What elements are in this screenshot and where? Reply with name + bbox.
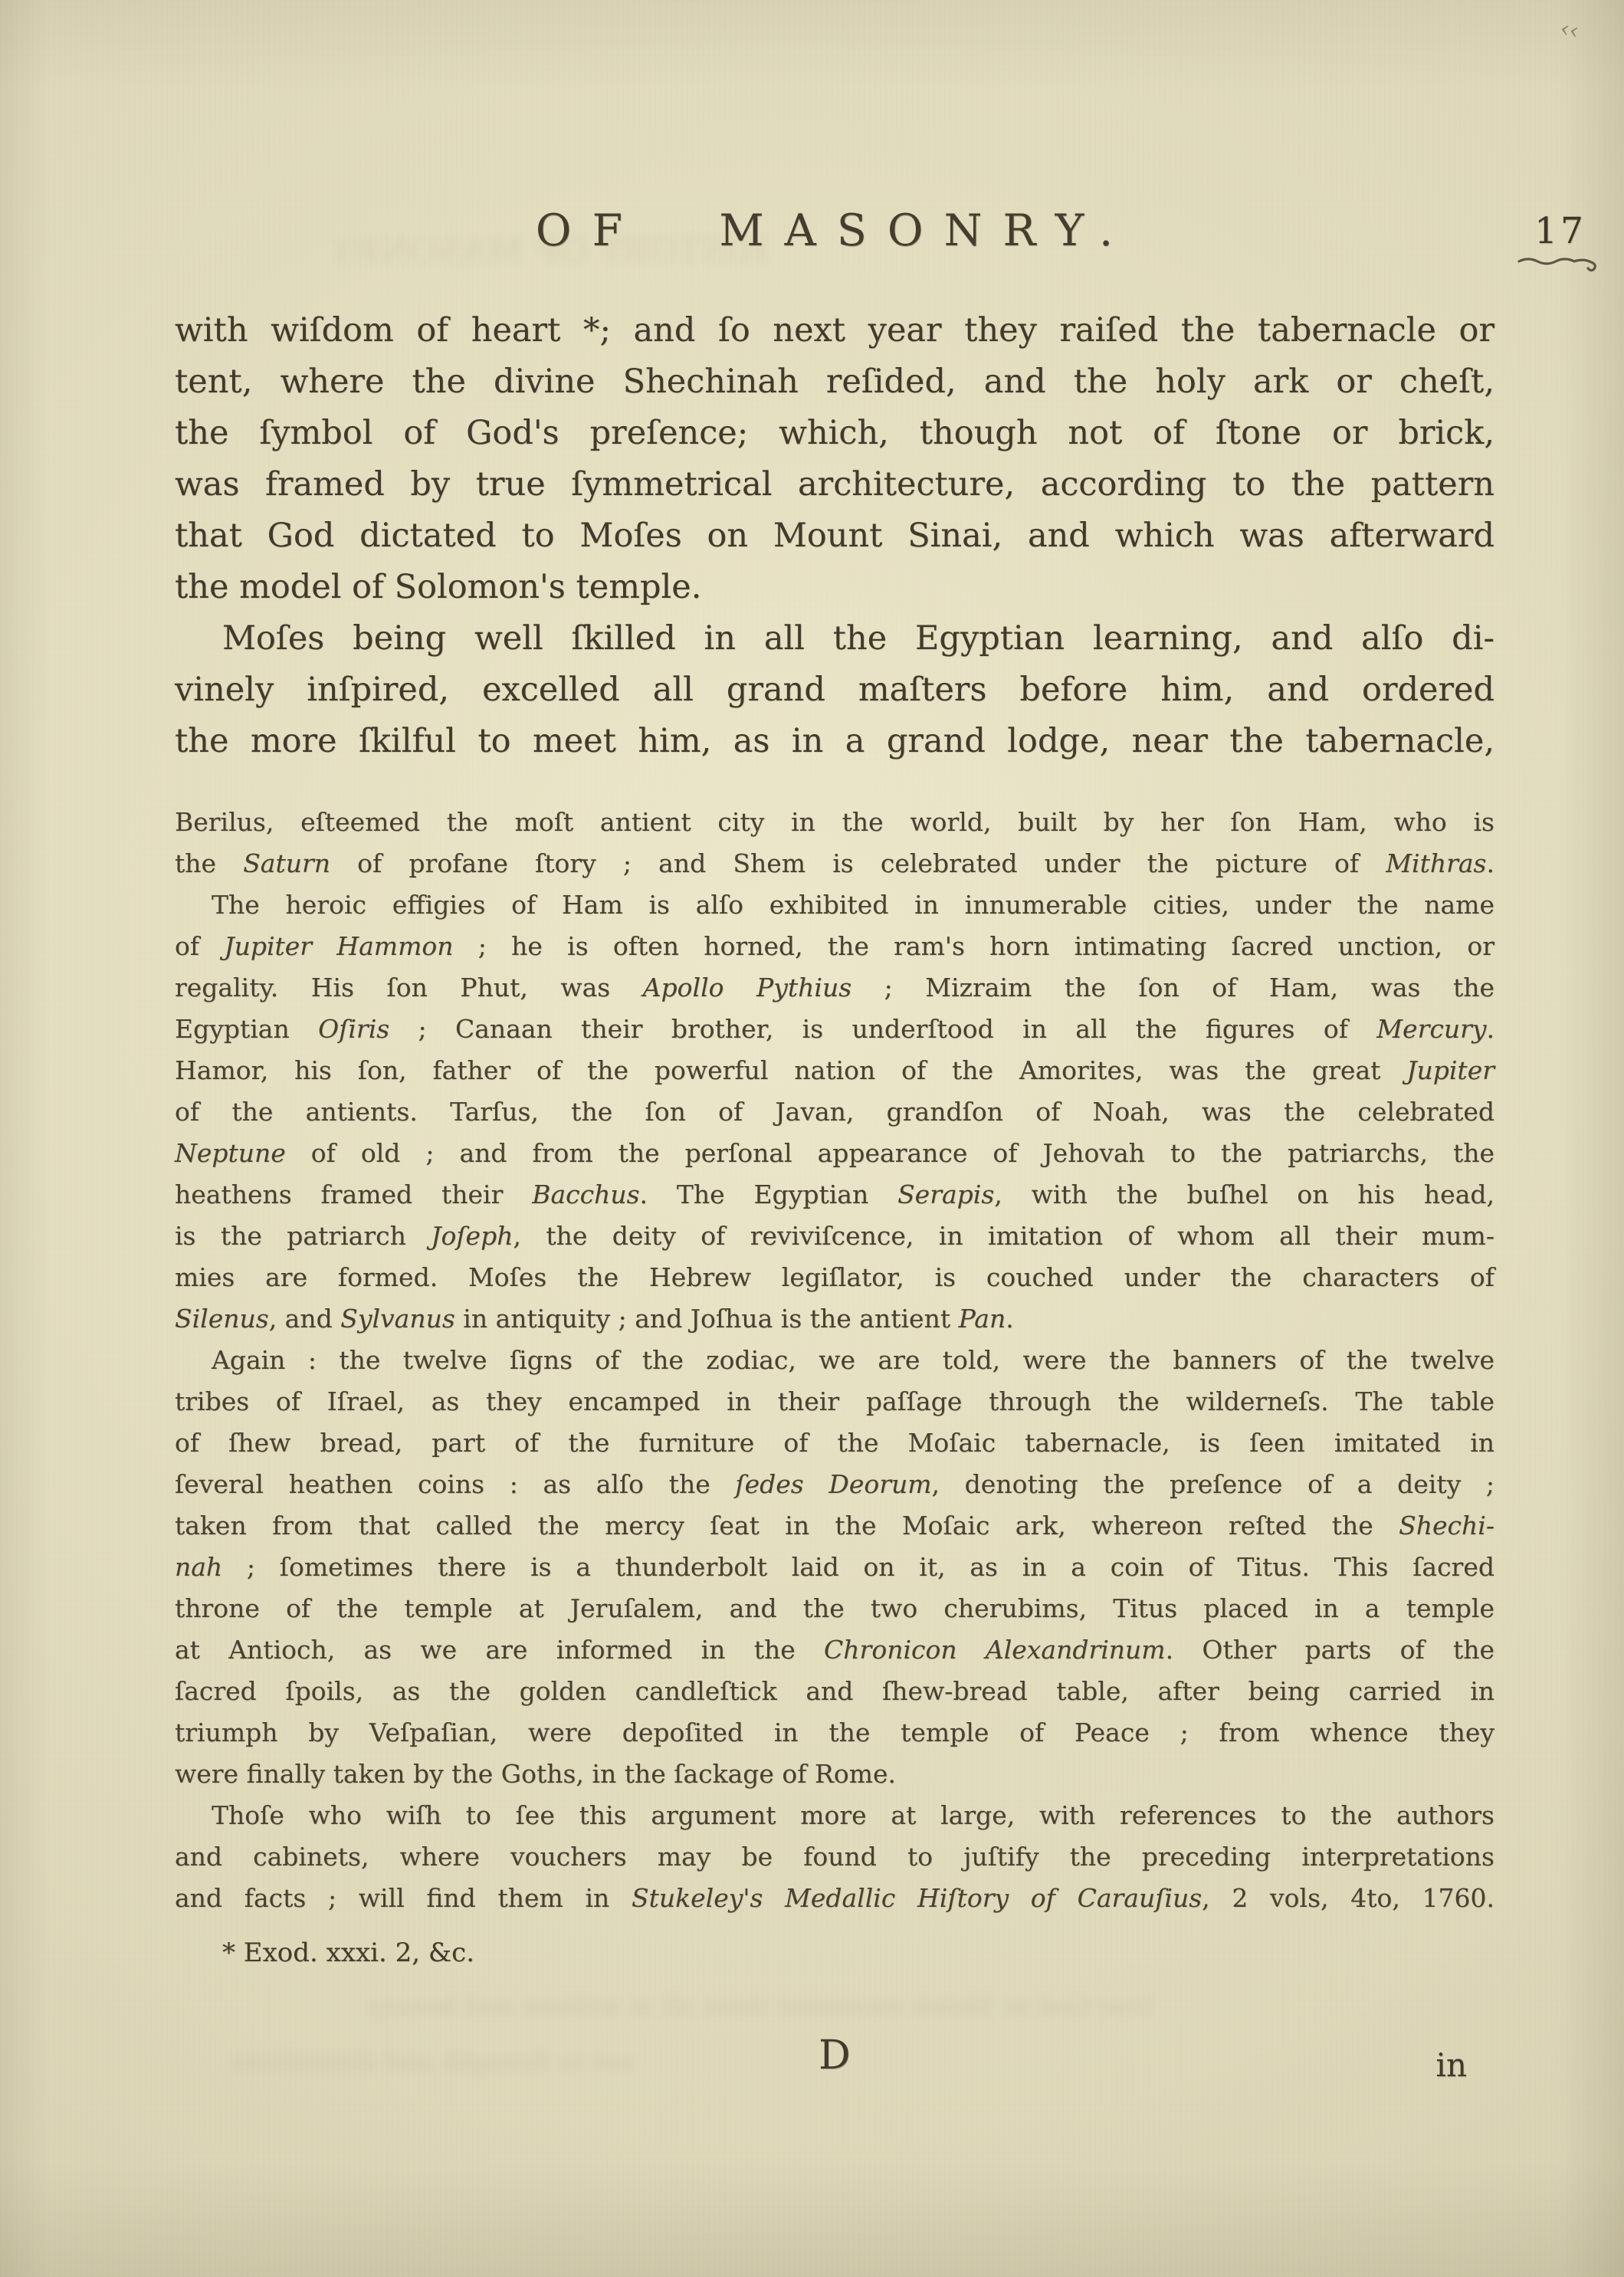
text-segment: and cabinets, where vouchers may be foun… [175, 1842, 1494, 1872]
text-segment: . The Egyptian [640, 1180, 898, 1209]
text-line: ſacred ſpoils, as the golden candleſtick… [175, 1671, 1494, 1712]
italic-text: Bacchus [532, 1180, 639, 1209]
italic-text: Oſiris [318, 1014, 389, 1044]
text-segment: of profane ſtory ; and Shem is celebrate… [330, 848, 1386, 878]
text-line: nah ; ſometimes there is a thunderbolt l… [175, 1547, 1494, 1588]
italic-text: Silenus [175, 1304, 269, 1334]
text-line: Thoſe who wiſh to ſee this argument more… [175, 1795, 1494, 1836]
italic-text: Neptune [175, 1138, 286, 1168]
text-line: the more ſkilful to meet him, as in a gr… [175, 716, 1494, 767]
text-segment: of ſhew bread, part of the furniture of … [175, 1428, 1494, 1458]
italic-text: Jupiter [1406, 1055, 1494, 1085]
text-line: Moſes being well ſkilled in all the Egyp… [175, 613, 1494, 664]
text-segment: ſeveral heathen coins : as alſo the [175, 1469, 735, 1499]
text-segment: throne of the temple at Jeruſalem, and t… [175, 1593, 1494, 1623]
text-segment: the model of Solomon's temple. [175, 568, 701, 606]
text-segment: were finally taken by the Goths, in the … [175, 1759, 896, 1789]
page-footer: D in [175, 2033, 1494, 2101]
stray-ink-mark: ‹‹ [1558, 15, 1582, 45]
text-segment: Egyptian [175, 1014, 318, 1044]
text-line: and cabinets, where vouchers may be foun… [175, 1836, 1494, 1878]
italic-text: Chronicon Alexandrinum [824, 1635, 1166, 1665]
paragraph: with wiſdom of heart *; and ſo next year… [175, 305, 1494, 613]
italic-text: Pan [959, 1304, 1006, 1334]
text-segment: ; he is often horned, the ram's horn int… [454, 931, 1495, 961]
text-segment: that God dictated to Moſes on Mount Sina… [175, 517, 1494, 555]
catchword: in [1436, 2046, 1467, 2084]
italic-text: Mercury [1376, 1014, 1486, 1044]
text-segment: taken from that called the mercy ſeat in… [175, 1511, 1399, 1540]
text-segment: , denoting the preſence of a deity ; [932, 1469, 1494, 1499]
text-segment: Berilus, eſteemed the moſt antient city … [175, 807, 1494, 837]
text-line: Neptune of old ; and from the perſonal a… [175, 1133, 1494, 1174]
text-line: with wiſdom of heart *; and ſo next year… [175, 305, 1494, 356]
text-segment: of the antients. Tarſus, the ſon of Java… [175, 1097, 1494, 1127]
italic-text: Joſeph [431, 1221, 513, 1251]
text-line: the model of Solomon's temple. [175, 562, 1494, 613]
page-number-flourish [1517, 254, 1603, 274]
signature-mark: D [175, 2033, 1494, 2079]
text-segment: at Antioch, as we are informed in the [175, 1635, 824, 1665]
text-line: vinely inſpired, excelled all grand maſt… [175, 664, 1494, 716]
text-segment: tribes of Iſrael, as they encamped in th… [175, 1386, 1494, 1416]
text-segment: Thoſe who wiſh to ſee this argument more… [212, 1800, 1494, 1830]
text-line: mies are formed. Moſes the Hebrew legiſl… [175, 1257, 1494, 1298]
text-segment: is the patriarch [175, 1221, 431, 1251]
italic-text: Apollo Pythius [643, 973, 851, 1002]
text-segment: , and [269, 1304, 341, 1334]
text-segment: of old ; and from the perſonal appearanc… [286, 1138, 1494, 1168]
text-segment: vinely inſpired, excelled all grand maſt… [175, 671, 1494, 709]
page-header: OF MASONRY. 17 [175, 205, 1494, 290]
text-segment: . [1006, 1304, 1014, 1334]
text-line: Berilus, eſteemed the moſt antient city … [175, 802, 1494, 843]
text-segment: , the deity of reviviſcence, in imitatio… [513, 1221, 1494, 1251]
text-segment: tent, where the divine Shechinah reſided… [175, 363, 1494, 401]
text-line: The heroic effigies of Ham is alſo exhib… [175, 884, 1494, 926]
text-line: tribes of Iſrael, as they encamped in th… [175, 1381, 1494, 1422]
text-segment: the more ſkilful to meet him, as in a gr… [175, 722, 1494, 760]
main-text: with wiſdom of heart *; and ſo next year… [175, 305, 1494, 767]
text-segment: was framed by true ſymmetrical architect… [175, 465, 1494, 504]
text-segment: the ſymbol of God's preſence; which, tho… [175, 414, 1494, 452]
text-segment: triumph by Veſpaſian, were depoſited in … [175, 1718, 1494, 1747]
text-line: regality. His ſon Phut, was Apollo Pythi… [175, 967, 1494, 1009]
italic-text: Saturn [243, 848, 330, 878]
text-segment: with wiſdom of heart *; and ſo next year… [175, 311, 1494, 349]
italic-text: Sylvanus [340, 1304, 455, 1334]
text-line: were finally taken by the Goths, in the … [175, 1754, 1494, 1795]
text-segment: and facts ; will find them in [175, 1883, 632, 1913]
text-line: and facts ; will find them in Stukeley's… [175, 1878, 1494, 1919]
page-number-text: 17 [1534, 210, 1586, 252]
text-line: that God dictated to Moſes on Mount Sina… [175, 510, 1494, 562]
text-line: Again : the twelve ſigns of the zodiac, … [175, 1340, 1494, 1381]
text-segment: . [1487, 1014, 1495, 1044]
text-segment: The heroic effigies of Ham is alſo exhib… [212, 890, 1494, 920]
text-segment: Moſes being well ſkilled in all the Egyp… [222, 619, 1494, 658]
text-segment: ſacred ſpoils, as the golden candleſtick… [175, 1676, 1494, 1706]
text-segment: ; Mizraim the ſon of Ham, was the [851, 973, 1494, 1002]
paragraph: Berilus, eſteemed the moſt antient city … [175, 802, 1494, 884]
text-line: triumph by Veſpaſian, were depoſited in … [175, 1712, 1494, 1754]
text-line: the Saturn of profane ſtory ; and Shem i… [175, 843, 1494, 884]
text-segment: in antiquity ; and Joſhua is the antient [455, 1304, 959, 1334]
italic-text: Mithras [1386, 848, 1486, 878]
footnotes: Berilus, eſteemed the moſt antient city … [175, 802, 1494, 1919]
italic-text: Serapis [897, 1180, 994, 1209]
text-line: heathens framed their Bacchus. The Egypt… [175, 1174, 1494, 1216]
italic-text: Stukeley's Medallic Hiſtory of Carauſius [632, 1883, 1202, 1913]
text-segment: Hamor, his ſon, father of the powerful n… [175, 1055, 1406, 1085]
text-line: the ſymbol of God's preſence; which, tho… [175, 408, 1494, 459]
text-segment: the [175, 848, 243, 878]
text-line: was framed by true ſymmetrical architect… [175, 459, 1494, 510]
text-line: taken from that called the mercy ſeat in… [175, 1505, 1494, 1547]
text-line: of the antients. Tarſus, the ſon of Java… [175, 1091, 1494, 1133]
asterisk-footnote: * Exod. xxxi. 2, &c. [175, 1937, 1494, 1968]
text-segment: . Other parts of the [1166, 1635, 1494, 1665]
italic-text: Jupiter Hammon [224, 931, 453, 961]
paragraph: Moſes being well ſkilled in all the Egyp… [175, 613, 1494, 767]
text-segment: heathens framed their [175, 1180, 532, 1209]
text-line: tent, where the divine Shechinah reſided… [175, 356, 1494, 408]
text-segment: , with the buſhel on his head, [994, 1180, 1494, 1209]
text-line: Egyptian Oſiris ; Canaan their brother, … [175, 1009, 1494, 1050]
text-segment: mies are formed. Moſes the Hebrew legiſl… [175, 1262, 1494, 1292]
paragraph: Thoſe who wiſh to ſee this argument more… [175, 1795, 1494, 1919]
text-segment: Again : the twelve ſigns of the zodiac, … [212, 1345, 1494, 1375]
show-through-smudge: true God at Shiloh exceeded them all in … [368, 1991, 1153, 2022]
text-segment: ; Canaan their brother, is underſtood in… [389, 1014, 1376, 1044]
text-line: of Jupiter Hammon ; he is often horned, … [175, 926, 1494, 967]
text-line: at Antioch, as we are informed in the Ch… [175, 1629, 1494, 1671]
book-page-scan: ‹‹ HISTORY OF MASONRY true God at Shiloh… [0, 0, 1624, 2277]
text-segment: ; ſometimes there is a thunderbolt laid … [222, 1552, 1494, 1582]
paragraph: The heroic effigies of Ham is alſo exhib… [175, 884, 1494, 1340]
text-line: of ſhew bread, part of the furniture of … [175, 1422, 1494, 1464]
text-segment: of [175, 931, 224, 961]
text-line: Silenus, and Sylvanus in antiquity ; and… [175, 1298, 1494, 1340]
paragraph: Again : the twelve ſigns of the zodiac, … [175, 1340, 1494, 1795]
italic-text: ſedes Deorum [735, 1469, 931, 1499]
running-title: OF MASONRY. [175, 205, 1494, 256]
text-line: throne of the temple at Jeruſalem, and t… [175, 1588, 1494, 1629]
text-line: ſeveral heathen coins : as alſo the ſede… [175, 1464, 1494, 1505]
text-segment: . [1486, 848, 1494, 878]
text-segment: , 2 vols, 4to, 1760. [1202, 1883, 1494, 1913]
text-segment: regality. His ſon Phut, was [175, 973, 643, 1002]
text-line: is the patriarch Joſeph, the deity of re… [175, 1216, 1494, 1257]
italic-text: nah [175, 1552, 222, 1582]
italic-text: Shechi- [1399, 1511, 1494, 1540]
page-number: 17 [1499, 210, 1622, 274]
text-line: Hamor, his ſon, father of the powerful n… [175, 1050, 1494, 1091]
